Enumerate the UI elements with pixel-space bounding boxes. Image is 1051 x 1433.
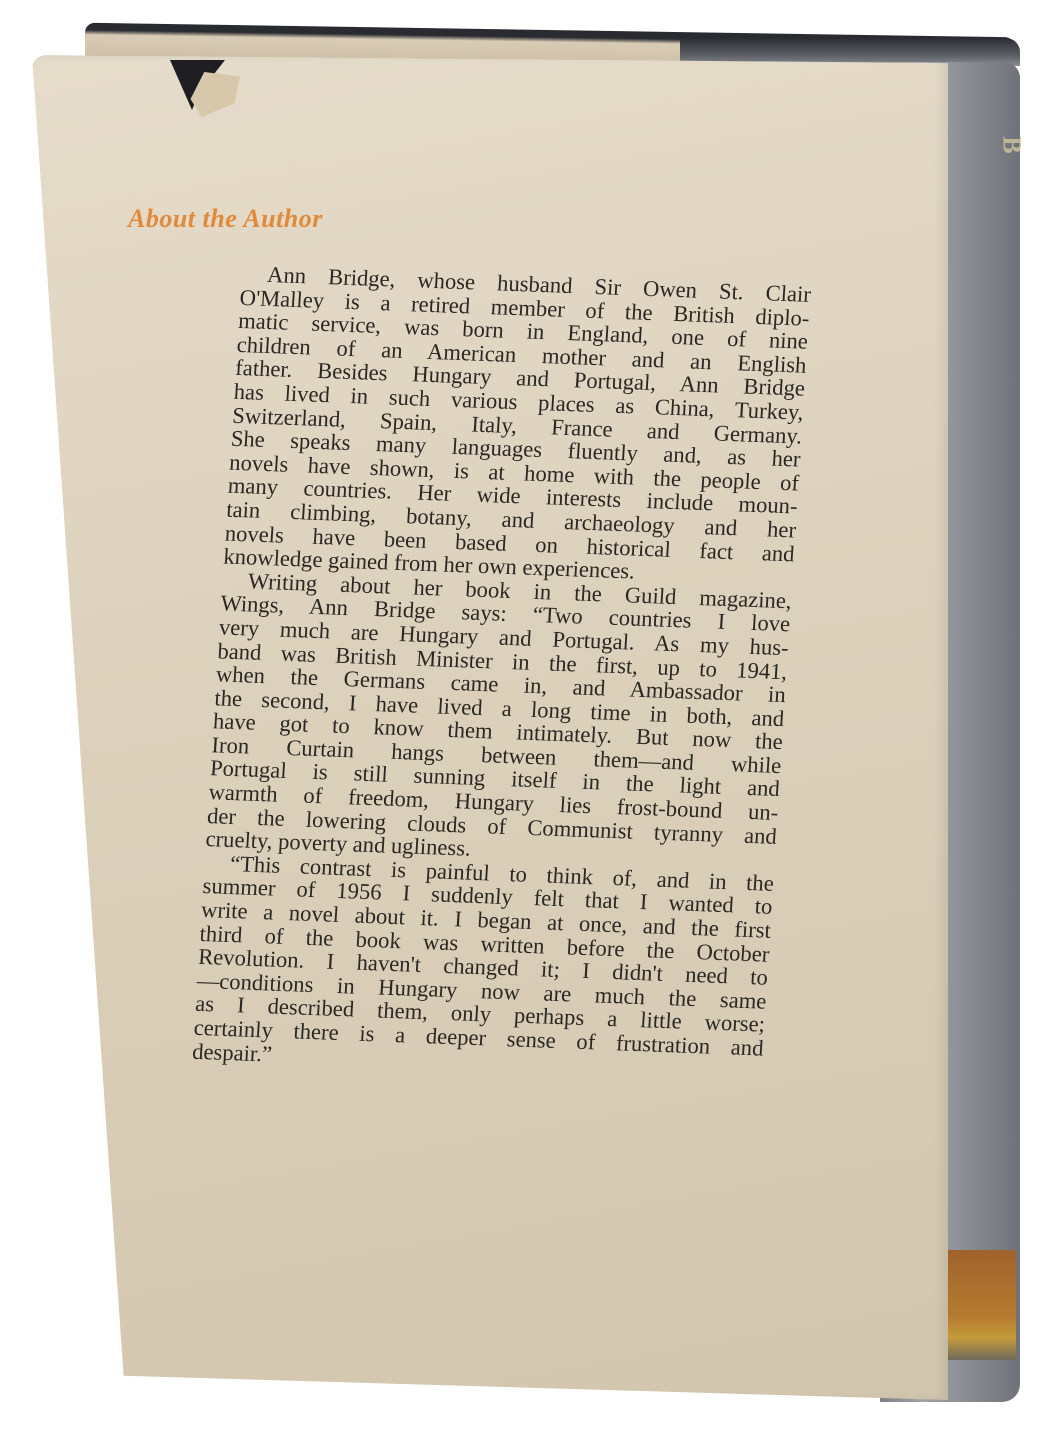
spine-letter: B (997, 136, 1027, 153)
book-photo: B About the Author Ann Bridge, whose hus… (0, 0, 1051, 1433)
author-bio-text: Ann Bridge, whose husband Sir Owen St. C… (192, 262, 812, 1084)
about-author-heading: About the Author (128, 204, 323, 234)
